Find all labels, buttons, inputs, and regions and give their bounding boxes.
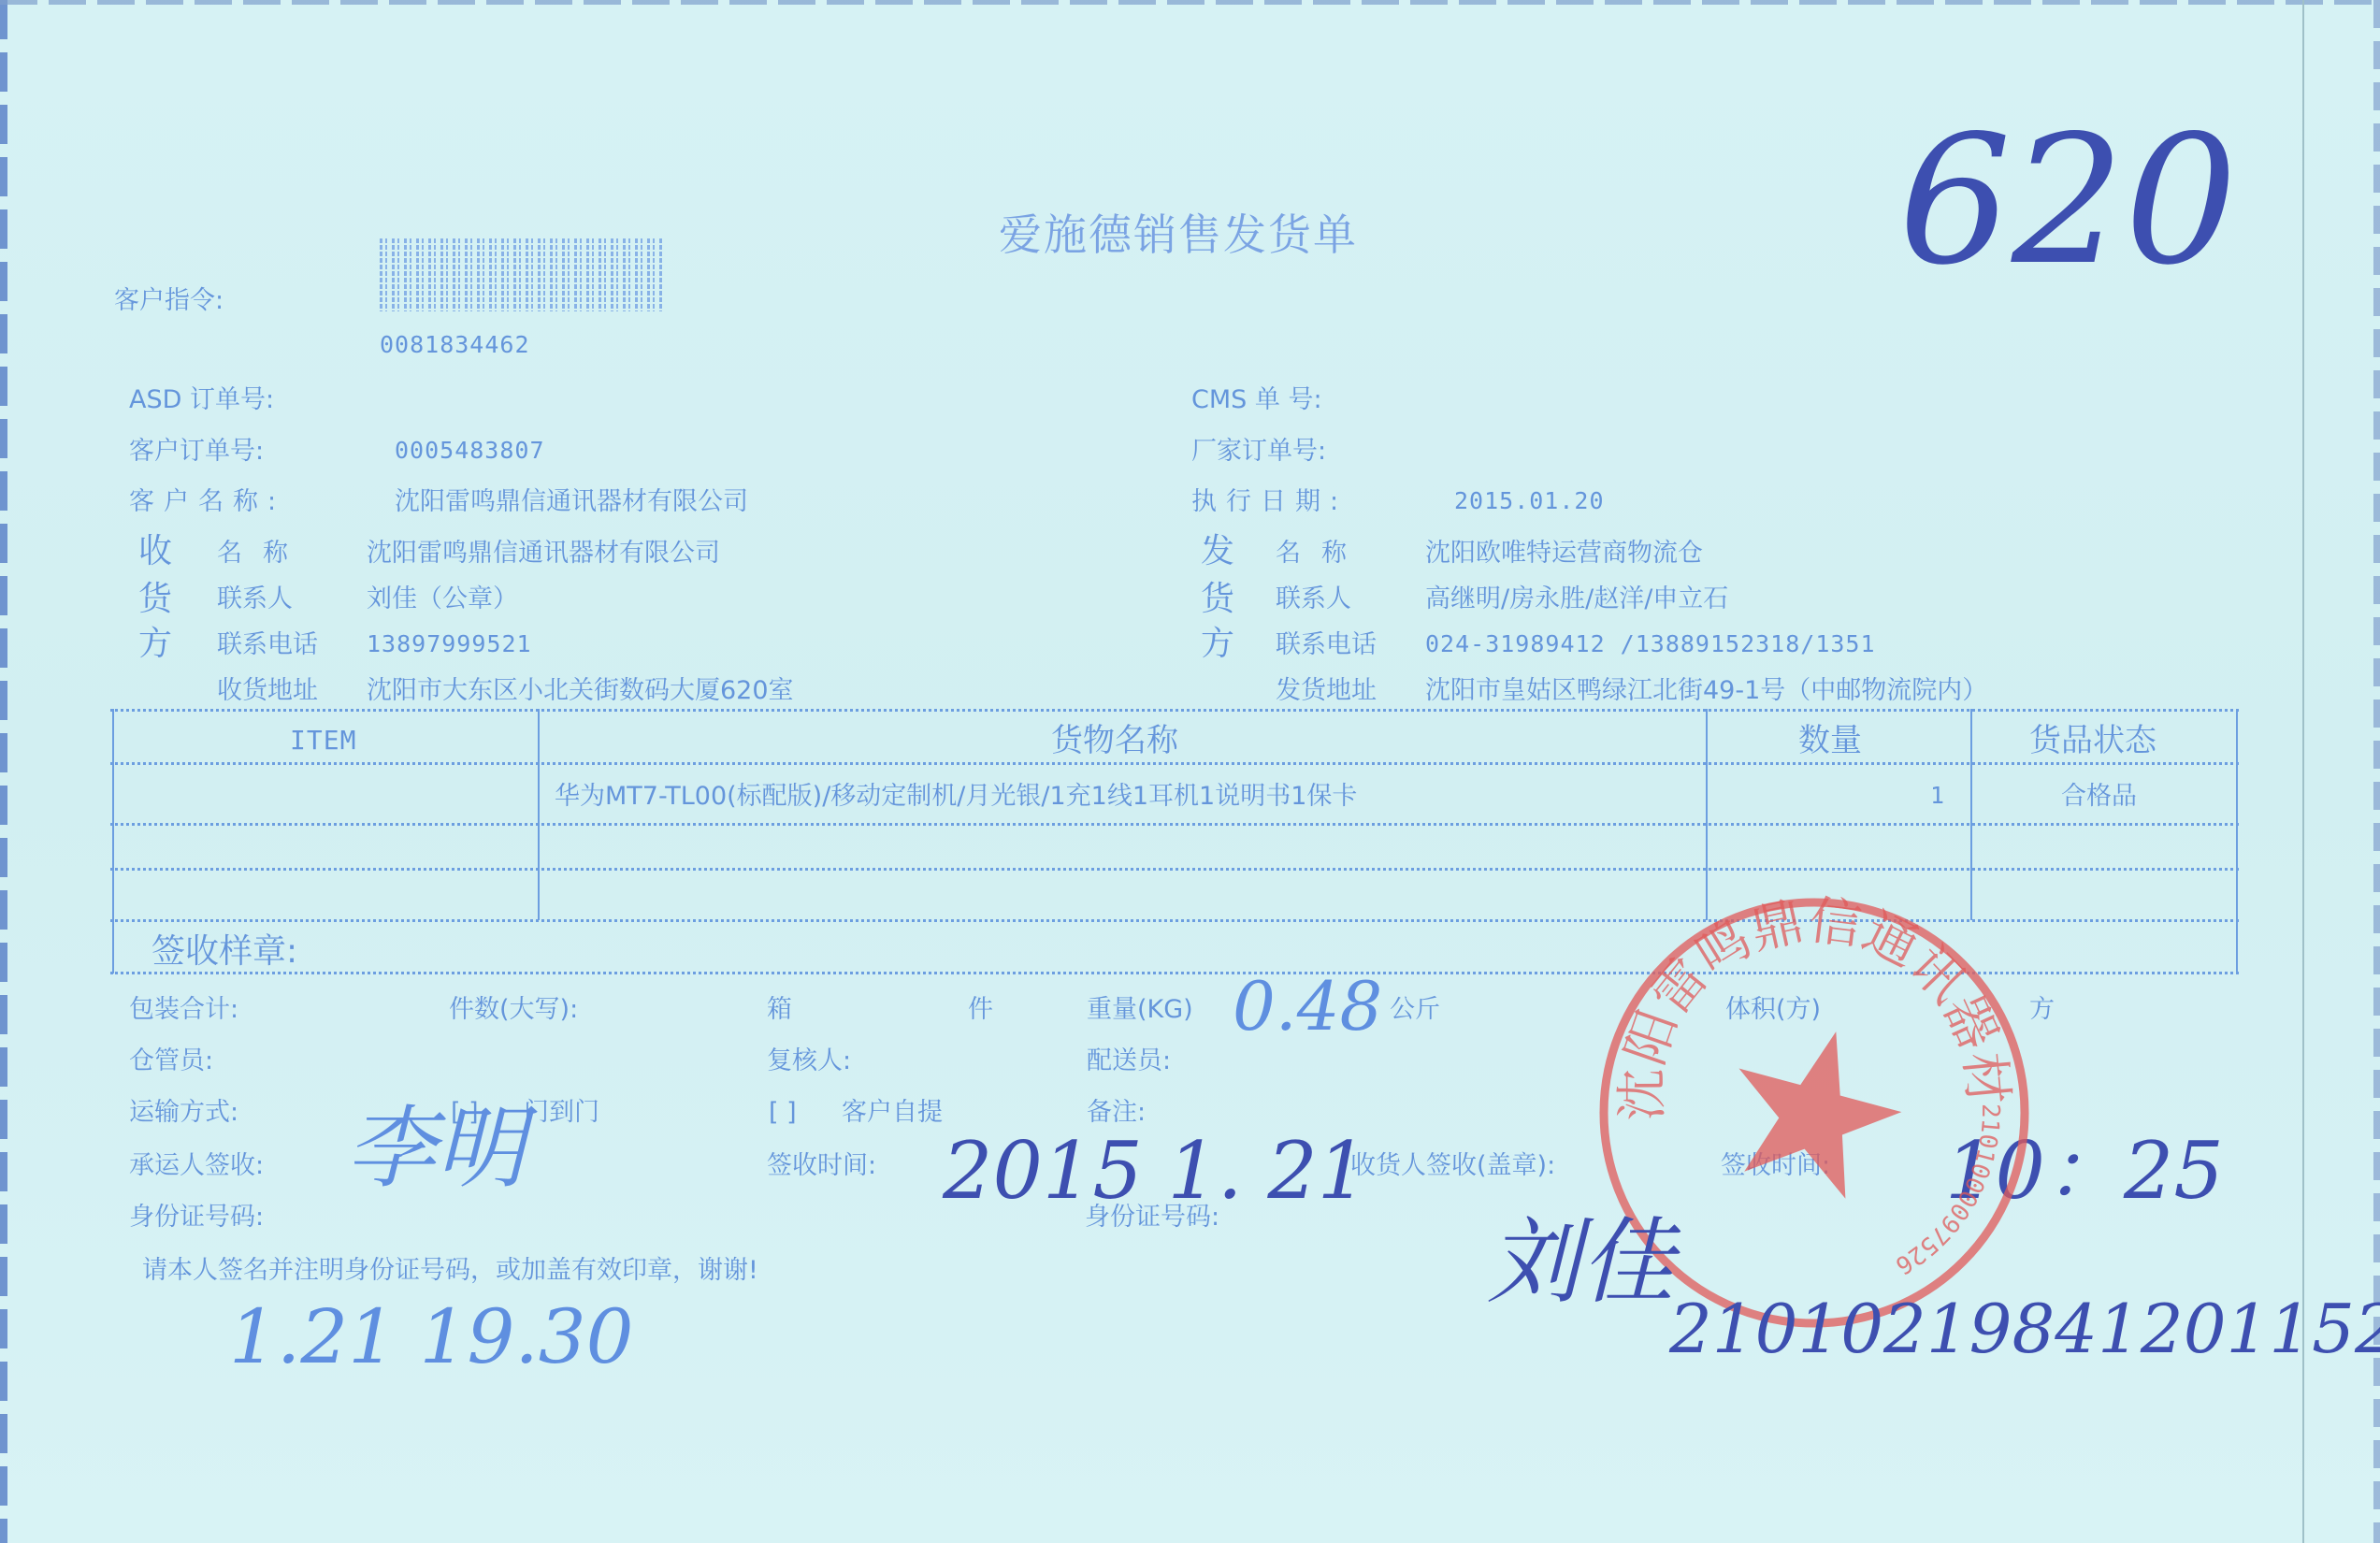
customer-instruction-label: 客户指令: — [114, 288, 224, 313]
receiver-signature: 刘佳 — [1487, 1216, 1674, 1309]
exec-date-value: 2015.01.20 — [1454, 489, 1605, 512]
receiver-contact-value: 刘佳（公章） — [367, 586, 518, 612]
package-total-label: 包装合计: — [129, 997, 238, 1022]
self-pickup-checkbox[interactable]: [ ] — [769, 1100, 797, 1125]
column-header-goods-name: 货物名称 — [1051, 725, 1178, 757]
sender-address-label: 发货地址 — [1276, 678, 1377, 703]
left-perforation — [0, 0, 7, 1543]
receiver-side-char-2: 货 — [138, 583, 172, 616]
table-border-left — [112, 709, 114, 973]
receiver-phone-value: 13897999521 — [367, 632, 532, 656]
remarks-label: 备注: — [1087, 1100, 1146, 1125]
asd-order-label: ASD 订单号: — [129, 387, 274, 412]
carrier-sign-label: 承运人签收: — [129, 1153, 264, 1178]
receiver-name-value: 沈阳雷鸣鼎信通讯器材有限公司 — [367, 541, 720, 566]
piece-unit-label: 件 — [968, 997, 993, 1022]
table-col-divider — [538, 709, 540, 920]
weight-unit: 公斤 — [1390, 997, 1440, 1022]
customer-order-value: 0005483807 — [395, 439, 545, 462]
customer-name-label: 客户名称: — [129, 489, 285, 514]
receiver-sign-label: 收货人签收(盖章): — [1350, 1153, 1555, 1178]
reviewer-label: 复核人: — [767, 1048, 851, 1074]
factory-order-label: 厂家订单号: — [1191, 439, 1326, 464]
receiver-address-value: 沈阳市大东区小北关街数码大厦620室 — [367, 678, 794, 703]
table-header-divider — [110, 762, 2239, 765]
sender-name-label: 名称 — [1276, 541, 1367, 566]
column-header-quantity: 数量 — [1798, 725, 1862, 757]
sender-phone-label: 联系电话 — [1276, 632, 1377, 657]
sender-name-value: 沈阳欧唯特运营商物流仓 — [1425, 541, 1703, 566]
column-header-status: 货品状态 — [2029, 725, 2156, 757]
weight-label: 重量(KG) — [1087, 997, 1193, 1022]
weight-value: 0.48 — [1233, 973, 1382, 1040]
deliverer-label: 配送员: — [1087, 1048, 1171, 1074]
table-row-divider — [110, 823, 2239, 826]
goods-name-cell: 华为MT7-TL00(标配版)/移动定制机/月光银/1充1线1耳机1说明书1保卡 — [555, 784, 1357, 809]
receiver-name-label: 名称 — [217, 541, 309, 566]
self-pickup-label: 客户自提 — [842, 1100, 943, 1125]
transport-label: 运输方式: — [129, 1100, 238, 1125]
sender-side-char-1: 发 — [1201, 535, 1234, 569]
status-cell: 合格品 — [2061, 784, 2137, 809]
exec-date-label: 执行日期: — [1191, 489, 1348, 514]
cms-label: CMS 单 号: — [1191, 387, 1322, 412]
sign-time-label: 签收时间: — [767, 1153, 876, 1178]
sender-side-char-2: 货 — [1201, 583, 1234, 616]
sign-time-value: 2015 1. 21 — [943, 1132, 1367, 1210]
warehouse-keeper-label: 仓管员: — [129, 1048, 213, 1074]
table-border-top — [110, 709, 2239, 712]
sender-contact-value: 高继明/房永胜/赵洋/申立石 — [1425, 586, 1728, 612]
door-to-door-label: 门到门 — [524, 1100, 599, 1125]
top-perforation — [0, 0, 2380, 5]
column-header-item: ITEM — [290, 728, 356, 754]
receiver-contact-label: 联系人 — [217, 586, 293, 612]
sender-contact-label: 联系人 — [1276, 586, 1351, 612]
sender-side-char-3: 方 — [1201, 627, 1234, 661]
document-title: 爱施德销售发货单 — [999, 213, 1358, 256]
sender-phone-value: 024-31989412 /13889152318/1351 — [1425, 632, 1876, 656]
pieces-label: 件数(大写): — [449, 997, 578, 1022]
seal-number-text: 2101000097526 — [1890, 1103, 2004, 1279]
customer-name-value: 沈阳雷鸣鼎信通讯器材有限公司 — [395, 489, 748, 514]
svg-text:2101000097526: 2101000097526 — [1890, 1103, 2004, 1279]
receiver-phone-label: 联系电话 — [217, 632, 318, 657]
quantity-cell: 1 — [1930, 784, 1945, 807]
id-number-label-mid: 身份证号码: — [1085, 1204, 1219, 1230]
sender-address-value: 沈阳市皇姑区鸭绿江北街49-1号（中邮物流院内） — [1425, 678, 1987, 703]
handwritten-620: 620 — [1898, 112, 2238, 290]
notice-text: 请本人签名并注明身份证号码，或加盖有效印章，谢谢! — [142, 1258, 758, 1283]
box-label: 箱 — [767, 997, 792, 1022]
receiver-address-label: 收货地址 — [217, 678, 318, 703]
customer-instruction-value: 0081834462 — [380, 333, 530, 356]
sign-stamp-label: 签收样章: — [151, 935, 297, 969]
handwritten-time: 1.21 19.30 — [229, 1300, 634, 1375]
carrier-signature: 李明 — [346, 1103, 526, 1193]
receiver-id-value: 210102198412011528 — [1669, 1295, 2380, 1363]
table-row-divider — [110, 868, 2239, 871]
receiver-side-char-1: 收 — [138, 535, 172, 569]
customer-order-label: 客户订单号: — [129, 439, 264, 464]
barcode-icon — [380, 238, 665, 311]
table-border-right — [2236, 709, 2238, 973]
receiver-side-char-3: 方 — [138, 627, 172, 661]
id-number-label-left: 身份证号码: — [129, 1204, 264, 1230]
